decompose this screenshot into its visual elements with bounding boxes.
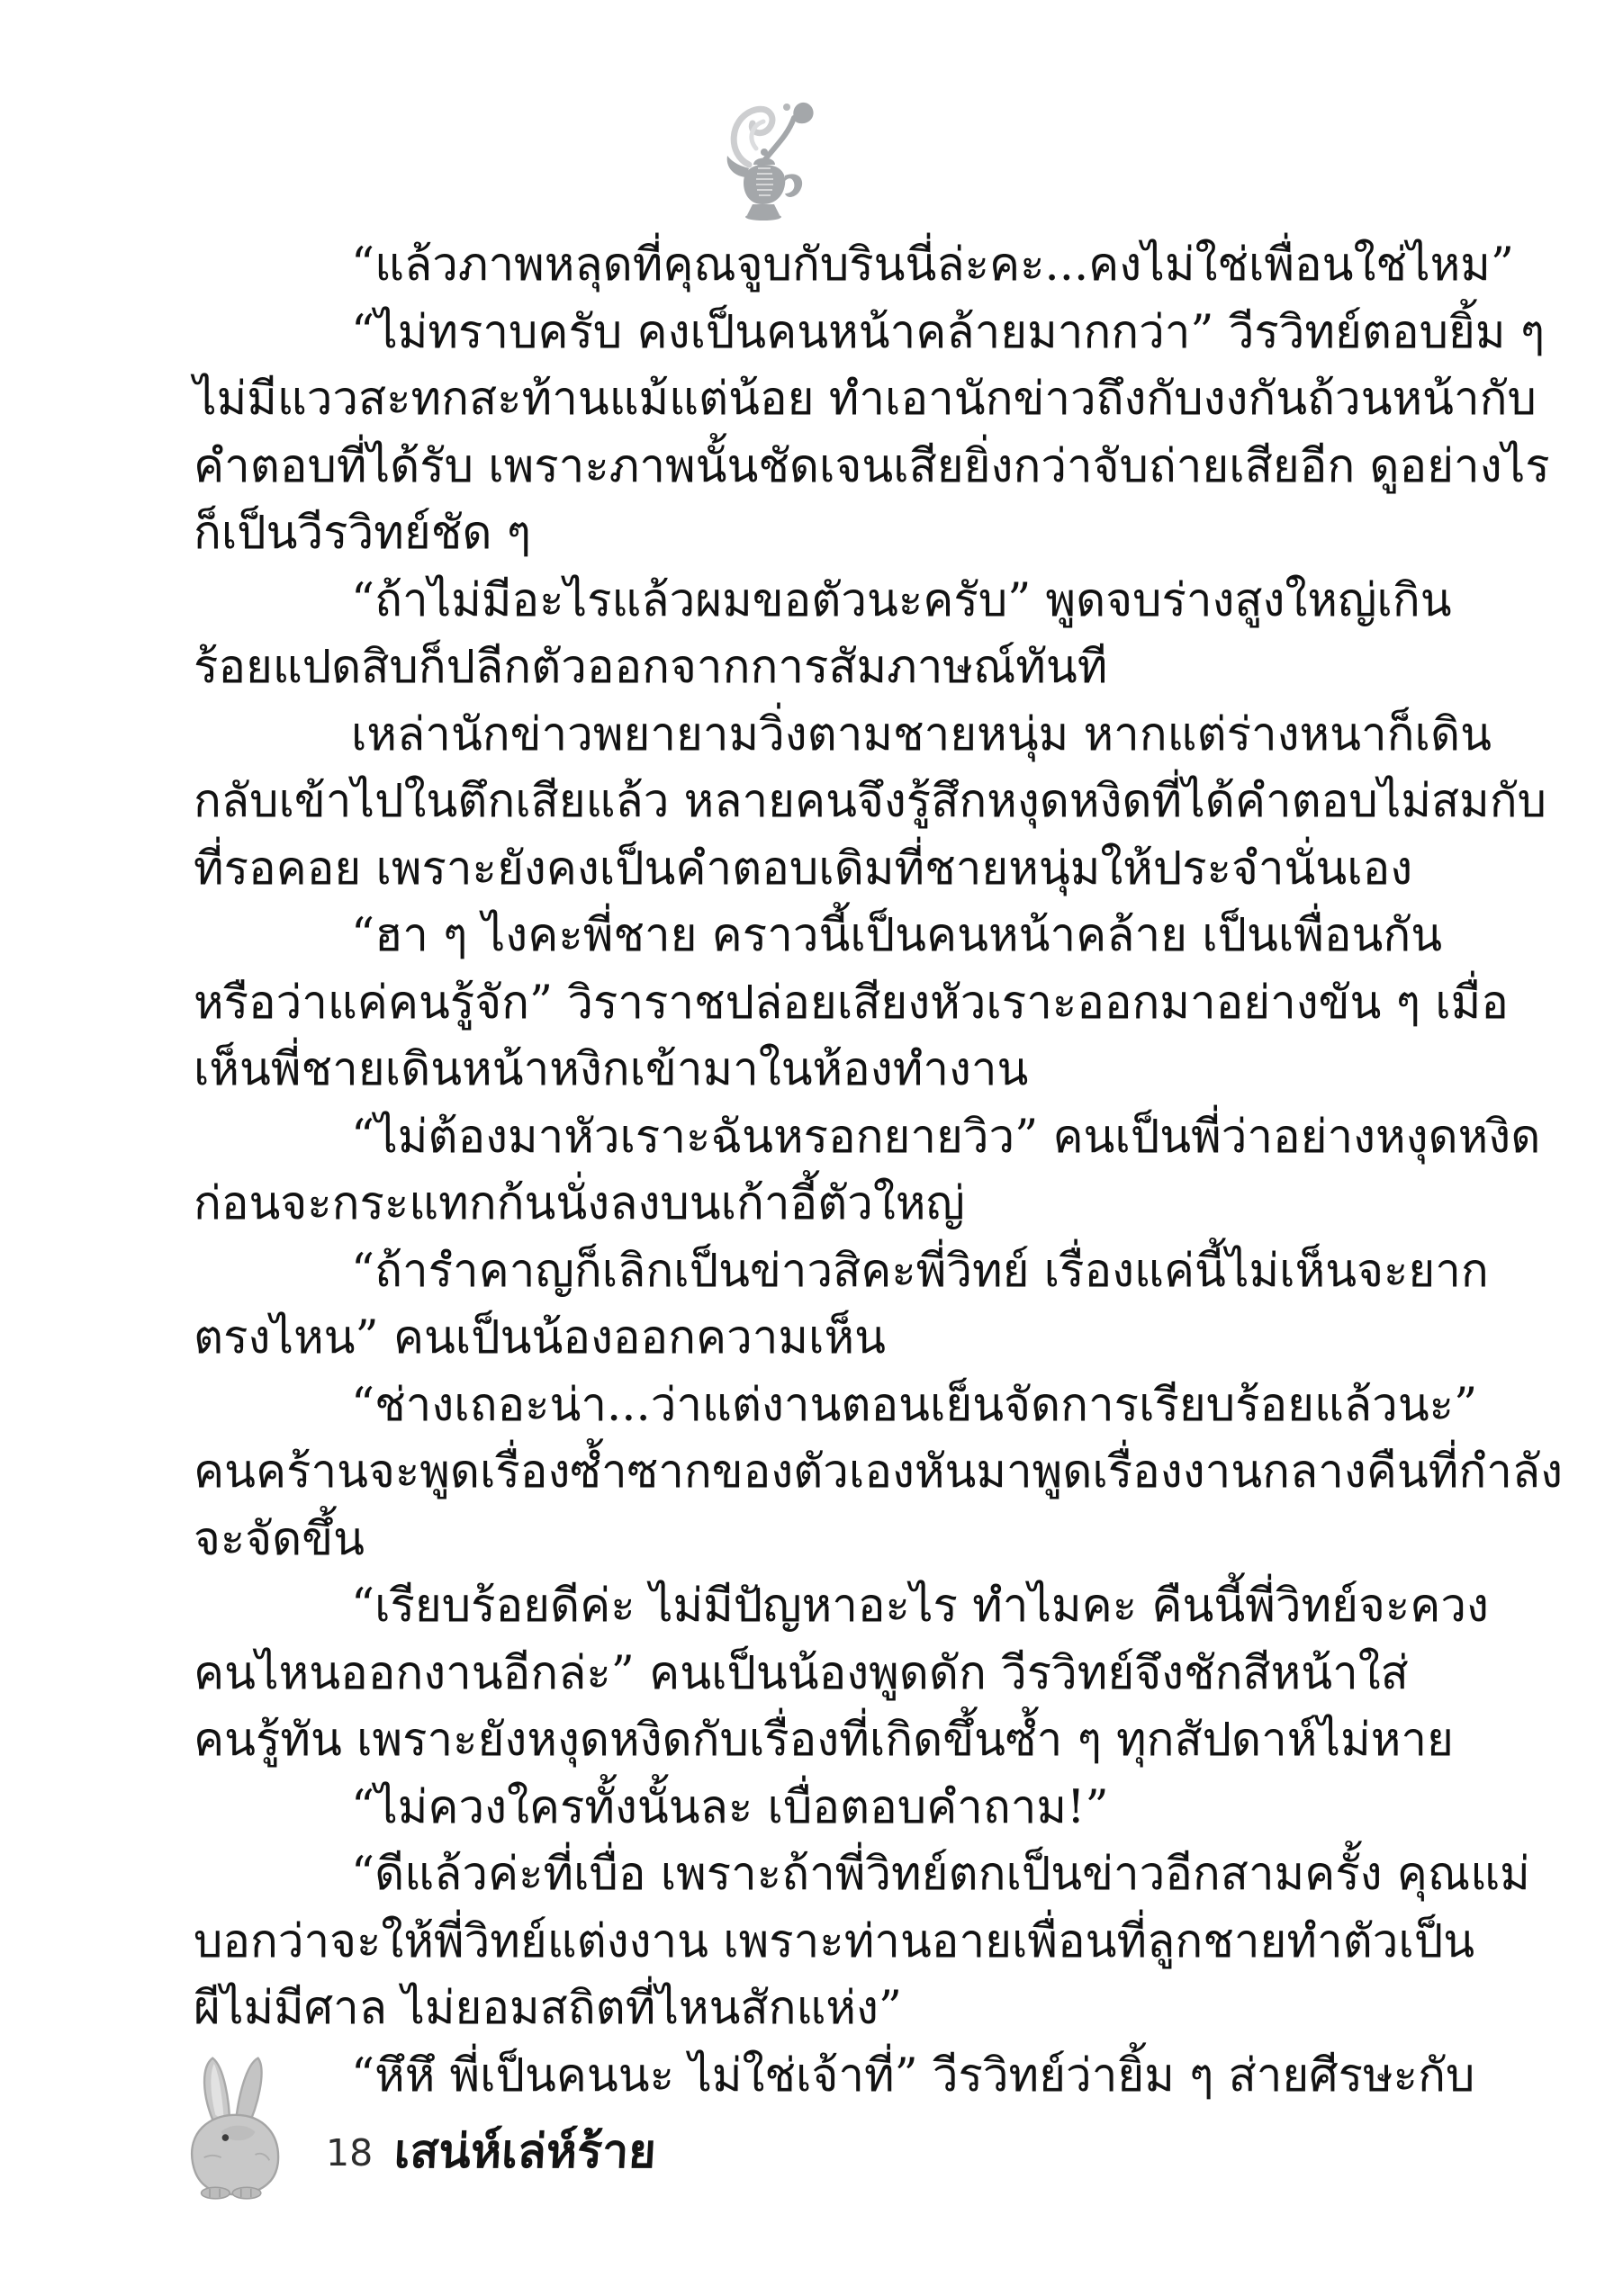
- genie-lamp-ornament-icon: [693, 95, 842, 230]
- text-line: ไม่มีแววสะทกสะท้านแม้แต่น้อย ทำเอานักข่า…: [194, 366, 1418, 434]
- text-line: “ถ้าไม่มีอะไรแล้วผมขอตัวนะครับ” พูดจบร่า…: [194, 568, 1418, 635]
- text-line: “ดีแล้วค่ะที่เบื่อ เพราะถ้าพี่วิทย์ตกเป็…: [194, 1841, 1418, 1909]
- text-line: “ไม่ต้องมาหัวเราะฉันหรอกยายวิว” คนเป็นพี…: [194, 1104, 1418, 1172]
- text-line: เหล่านักข่าวพยายามวิ่งตามชายหนุ่ม หากแต่…: [194, 702, 1418, 770]
- book-page: “แล้วภาพหลุดที่คุณจูบกับรินนี่ล่ะคะ...คง…: [0, 0, 1605, 2296]
- text-line: ตรงไหน” คนเป็นน้องออกความเห็น: [194, 1305, 1418, 1373]
- page-number: 18: [326, 2131, 373, 2174]
- text-line: หรือว่าแค่คนรู้จัก” วิราราชปล่อยเสียงหัว…: [194, 970, 1418, 1038]
- text-line: “ฮา ๆ ไงคะพี่ชาย คราวนี้เป็นคนหน้าคล้าย …: [194, 903, 1418, 970]
- text-line: จะจัดขึ้น: [194, 1507, 1418, 1574]
- text-line: กลับเข้าไปในตึกเสียแล้ว หลายคนจึงรู้สึกห…: [194, 769, 1418, 836]
- text-line: ผีไม่มีศาล ไม่ยอมสถิตที่ไหนสักแห่ง”: [194, 1976, 1418, 2043]
- rabbit-image: [173, 2052, 301, 2203]
- text-line: คนคร้านจะพูดเรื่องซ้ำซากของตัวเองหันมาพู…: [194, 1439, 1418, 1507]
- text-line: เห็นพี่ชายเดินหน้าหงิกเข้ามาในห้องทำงาน: [194, 1037, 1418, 1104]
- text-line: “ถ้ารำคาญก็เลิกเป็นข่าวสิคะพี่วิทย์ เรื่…: [194, 1238, 1418, 1306]
- text-line: บอกว่าจะให้พี่วิทย์แต่งงาน เพราะท่านอายเ…: [194, 1909, 1418, 1976]
- text-line: คนรู้ทัน เพราะยังหงุดหงิดกับเรื่องที่เกิ…: [194, 1707, 1418, 1775]
- text-line: “ไม่ทราบครับ คงเป็นคนหน้าคล้ายมากกว่า” ว…: [194, 300, 1418, 367]
- body-text: “แล้วภาพหลุดที่คุณจูบกับรินนี่ล่ะคะ...คง…: [194, 232, 1418, 2110]
- text-line: “ไม่ควงใครทั้งนั้นละ เบื่อตอบคำถาม!”: [194, 1775, 1418, 1842]
- text-line: “เรียบร้อยดีค่ะ ไม่มีปัญหาอะไร ทำไมคะ คื…: [194, 1573, 1418, 1641]
- text-line: คนไหนออกงานอีกล่ะ” คนเป็นน้องพูดดัก วีรว…: [194, 1641, 1418, 1708]
- text-line: ก็เป็นวีรวิทย์ชัด ๆ: [194, 500, 1418, 568]
- text-line: คำตอบที่ได้รับ เพราะภาพนั้นชัดเจนเสียยิ่…: [194, 434, 1418, 501]
- text-line: ก่อนจะกระแทกก้นนั่งลงบนเก้าอี้ตัวใหญ่: [194, 1171, 1418, 1238]
- text-line: ร้อยแปดสิบก็ปลีกตัวออกจากการสัมภาษณ์ทันท…: [194, 635, 1418, 702]
- text-line: “หึหึ พี่เป็นคนนะ ไม่ใช่เจ้าที่” วีรวิทย…: [194, 2043, 1418, 2111]
- text-line: “ช่างเถอะน่า...ว่าแต่งานตอนเย็นจัดการเรี…: [194, 1373, 1418, 1440]
- text-line: “แล้วภาพหลุดที่คุณจูบกับรินนี่ล่ะคะ...คง…: [194, 232, 1418, 300]
- book-title: เสน่ห์เล่ห์ร้าย: [392, 2113, 658, 2188]
- text-line: ที่รอคอย เพราะยังคงเป็นคำตอบเดิมที่ชายหน…: [194, 836, 1418, 904]
